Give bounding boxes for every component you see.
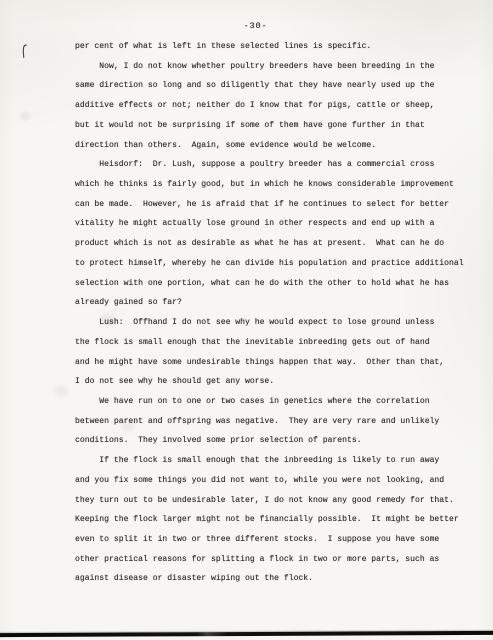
text-line: selection with one portion, what can he … [75, 278, 475, 298]
text-line: Keeping the flock larger might not be fi… [75, 514, 475, 534]
document-body: per cent of what is left in these select… [75, 41, 475, 593]
scan-smudge [54, 386, 68, 396]
text-line: even to split it in two or three differe… [75, 534, 475, 554]
text-line: Heisdorf: Dr. Lush, suppose a poultry br… [75, 159, 475, 179]
page-number: -30- [9, 21, 493, 31]
text-line: can be made. However, he is afraid that … [75, 199, 475, 219]
text-line: vitality he might actually lose ground i… [75, 218, 475, 238]
scanned-document-page: { "page": { "number_label": "-30-", "lin… [0, 0, 493, 640]
scan-edge-bar [0, 631, 493, 637]
text-line: Now, I do not know whether poultry breed… [75, 61, 475, 81]
text-line: direction than others. Again, some evide… [75, 140, 475, 160]
text-line: other practical reasons for splitting a … [75, 554, 475, 574]
pen-mark-icon [20, 44, 28, 60]
text-line: per cent of what is left in these select… [75, 41, 475, 61]
text-line: to protect himself, whereby he can divid… [75, 258, 475, 278]
text-line: which he thinks is fairly good, but in w… [75, 179, 475, 199]
text-line: additive effects or not; neither do I kn… [75, 100, 475, 120]
text-line: I do not see why he should get any worse… [75, 376, 475, 396]
text-line: but it would not be surprising if some o… [75, 120, 475, 140]
text-line: conditions. They involved some prior sel… [75, 435, 475, 455]
text-line: Lush: Offhand I do not see why he would … [75, 317, 475, 337]
text-line: We have run on to one or two cases in ge… [75, 396, 475, 416]
text-line: the flock is small enough that the inevi… [75, 337, 475, 357]
text-line: already gained so far? [75, 297, 475, 317]
text-line: against disease or disaster wiping out t… [75, 573, 475, 593]
text-line: they turn out to be undesirable later, I… [75, 495, 475, 515]
text-line: and he might have some undesirable thing… [75, 357, 475, 377]
text-line: If the flock is small enough that the in… [75, 455, 475, 475]
scan-smudge [20, 112, 30, 120]
text-line: same direction so long and so diligently… [75, 80, 475, 100]
text-line: between parent and offspring was negativ… [75, 416, 475, 436]
text-line: product which is not as desirable as wha… [75, 238, 475, 258]
text-line: and you fix some things you did not want… [75, 475, 475, 495]
